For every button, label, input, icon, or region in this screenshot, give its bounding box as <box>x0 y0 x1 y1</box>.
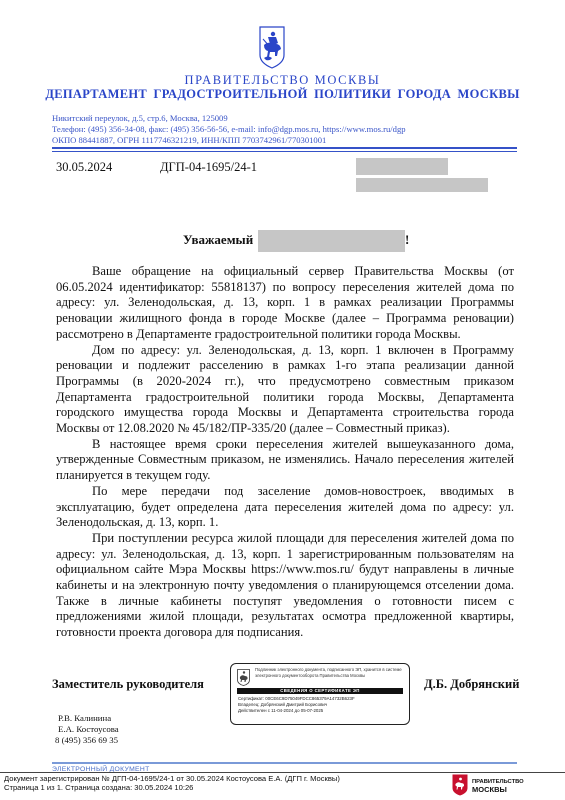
registration-date: 30.05.2024 <box>56 160 112 175</box>
certificate-owner: Владелец: Добрянский Дмитрий Борисович <box>238 702 327 708</box>
registry-codes-line: ОКПО 88441887, ОГРН 1117746321219, ИНН/К… <box>52 135 406 146</box>
moscow-government-logo-icon <box>452 774 468 796</box>
address-line: Никитский переулок, д.5, стр.6, Москва, … <box>52 113 406 124</box>
department-contacts: Никитский переулок, д.5, стр.6, Москва, … <box>52 113 406 146</box>
stamp-title: СВЕДЕНИЯ О СЕРТИФИКАТЕ ЭП <box>237 688 403 694</box>
body-paragraph: Дом по адресу: ул. Зеленодольская, д. 13… <box>56 343 514 437</box>
body-paragraph: В настоящее время сроки переселения жите… <box>56 437 514 484</box>
moscow-government-brand: ПРАВИТЕЛЬСТВО МОСКВЫ <box>472 778 524 794</box>
certificate-id: Сертификат: 00CE6C9D75049FDCC865379A1473… <box>238 696 355 702</box>
letter-body: Ваше обращение на официальный сервер Пра… <box>56 264 514 641</box>
registration-number: ДГП-04-1695/24-1 <box>160 160 257 175</box>
redacted-addressee <box>258 230 405 252</box>
body-paragraph: Ваше обращение на официальный сервер Пра… <box>56 264 514 343</box>
header-divider <box>52 147 517 149</box>
signatory-role: Заместитель руководителя <box>52 677 204 692</box>
moscow-coat-of-arms-icon <box>258 25 286 69</box>
redacted-recipient-address <box>356 178 488 192</box>
body-paragraph: При поступлении ресурса жилой площади дл… <box>56 531 514 641</box>
executor-name: Р.В. Калинина <box>58 713 119 724</box>
phone-line: Телефон: (495) 356-34-08, факс: (495) 35… <box>52 124 406 135</box>
footer-registration-info: Документ зарегистрирован № ДГП-04-1695/2… <box>4 775 340 792</box>
e-signature-stamp: Подлинник электронного документа, подпис… <box>230 663 410 725</box>
moscow-coat-of-arms-icon <box>237 669 250 686</box>
signatory-name: Д.Б. Добрянский <box>424 677 519 692</box>
government-title: ПРАВИТЕЛЬСТВО МОСКВЫ <box>0 73 565 88</box>
redacted-recipient-name <box>356 158 448 175</box>
executors: Р.В. Калинина Е.А. Костоусова 8 (495) 35… <box>58 713 119 746</box>
header-divider-thin <box>52 151 517 152</box>
stamp-note: Подлинник электронного документа, подпис… <box>255 667 405 678</box>
footer-divider <box>52 762 517 764</box>
executor-name: Е.А. Костоусова <box>58 724 119 735</box>
salutation: Уважаемый <box>183 232 253 248</box>
page-info: Страница 1 из 1. Страница создана: 30.05… <box>4 784 340 793</box>
footer-separator <box>0 772 565 773</box>
department-title: ДЕПАРТАМЕНТ ГРАДОСТРОИТЕЛЬНОЙ ПОЛИТИКИ Г… <box>0 87 565 102</box>
executor-phone: 8 (495) 356 69 35 <box>55 735 119 746</box>
certificate-validity: Действителен с 11-04-2024 до 05-07-2025 <box>238 708 323 714</box>
body-paragraph: По мере передачи под заселение домов-нов… <box>56 484 514 531</box>
brand-line: МОСКВЫ <box>472 786 524 794</box>
salutation-exclamation: ! <box>405 232 409 248</box>
